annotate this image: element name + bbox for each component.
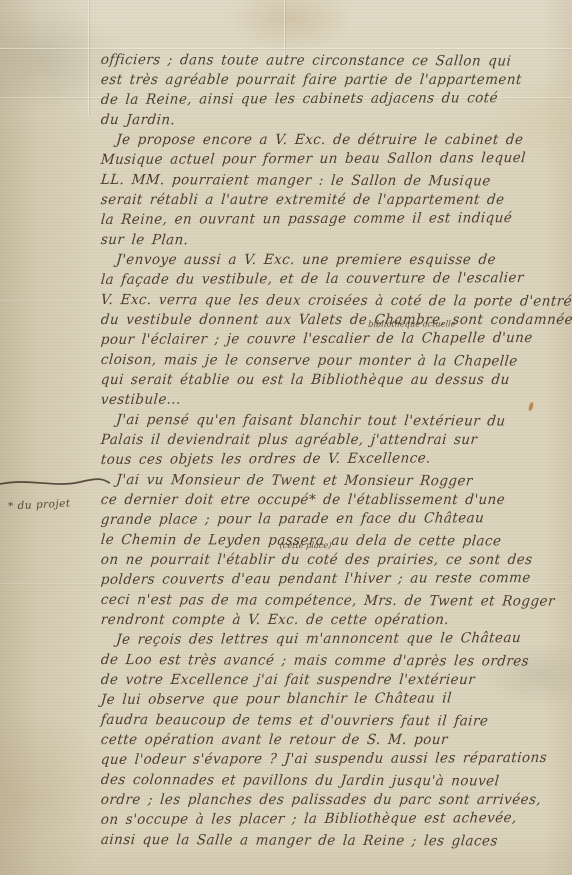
margin-note: * du projet (8, 497, 71, 512)
manuscript-line: de la Reine, ainsi que les cabinets adja… (100, 88, 545, 110)
manuscript-line: ainsi que la Salle a manger de la Reine … (100, 830, 545, 852)
manuscript-line: J'ai pensé qu'en faisant blanchir tout l… (100, 410, 545, 432)
manuscript-line: que l'odeur s'évapore ? J'ai suspendu au… (100, 748, 545, 770)
manuscript-line: des colonnades et pavillons du Jardin ju… (100, 770, 545, 792)
manuscript-line: V. Exc. verra que les deux croisées à co… (100, 290, 545, 312)
vertical-fold-crease (88, 0, 90, 115)
manuscript-line: Palais il deviendrait plus agréable, j'a… (100, 430, 545, 450)
manuscript-line: Je reçois des lettres qui m'annoncent qu… (100, 628, 545, 650)
manuscript-line: faudra beaucoup de tems et d'ouvriers fa… (100, 710, 545, 732)
manuscript-line: grande place ; pour la parade en face du… (100, 508, 545, 530)
letter-text: officiers ; dans toute autre circonstanc… (100, 50, 562, 850)
manuscript-line: de votre Excellence j'ai fait suspendre … (100, 670, 545, 690)
interlinear-note: (cette place) (279, 542, 332, 550)
manuscript-line: vestibule... (100, 388, 545, 410)
manuscript-line: polders couverts d'eau pendant l'hiver ;… (100, 568, 545, 590)
manuscript-line: tous ces objets les ordres de V. Excelle… (100, 448, 545, 470)
manuscript-line: du Jardin. (100, 110, 545, 132)
manuscript-line: Je lui observe que pour blanchir le Chât… (100, 688, 545, 710)
manuscript-line: officiers ; dans toute autre circonstanc… (100, 50, 545, 72)
manuscript-line: ceci n'est pas de ma compétence, Mrs. de… (100, 590, 545, 612)
manuscript-line: J'ai vu Monsieur de Twent et Monsieur Ro… (100, 470, 545, 492)
manuscript-line: cloison, mais je le conserve pour monter… (100, 350, 545, 372)
manuscript-line: J'envoye aussi a V. Exc. une premiere es… (100, 250, 545, 270)
manuscript-line: du vestibule donnent aux Valets de Chamb… (100, 310, 545, 330)
manuscript-line: qui serait établie ou est la Bibliothèqu… (100, 370, 545, 390)
manuscript-line: serait rétabli a l'autre extremité de l'… (100, 190, 545, 210)
manuscript-line: cette opération avant le retour de S. M.… (100, 730, 545, 750)
manuscript-line: sur le Plan. (100, 230, 545, 252)
manuscript-page: * du projet officiers ; dans toute autre… (0, 0, 572, 875)
manuscript-line: ce dernier doit etre occupé* de l'établi… (100, 490, 545, 510)
manuscript-line: la façade du vestibule, et de la couvert… (100, 268, 545, 290)
manuscript-line: LL. MM. pourraient manger : le Sallon de… (100, 170, 545, 192)
manuscript-line: ordre ; les planches des palissades du p… (100, 790, 545, 810)
manuscript-line: de Loo est très avancé ; mais comme d'ap… (100, 650, 545, 672)
manuscript-line: est très agréable pourrait faire partie … (100, 70, 545, 90)
manuscript-line: Musique actuel pour former un beau Sallo… (100, 148, 545, 170)
manuscript-line: Je propose encore a V. Exc. de détruire … (100, 130, 545, 150)
interlinear-note: bibliothèque actuelle (368, 320, 456, 328)
manuscript-line: la Reine, en ouvrant un passage comme il… (100, 208, 545, 230)
manuscript-line: rendront compte à V. Exc. de cette opéra… (100, 610, 545, 630)
manuscript-line: on s'occupe à les placer ; la Bibliothèq… (100, 808, 545, 830)
margin-dash-stroke (0, 475, 112, 491)
manuscript-line: on ne pourrait l'établir du coté des pra… (100, 550, 545, 570)
manuscript-line: pour l'éclairer ; je couvre l'escalier d… (100, 328, 545, 350)
